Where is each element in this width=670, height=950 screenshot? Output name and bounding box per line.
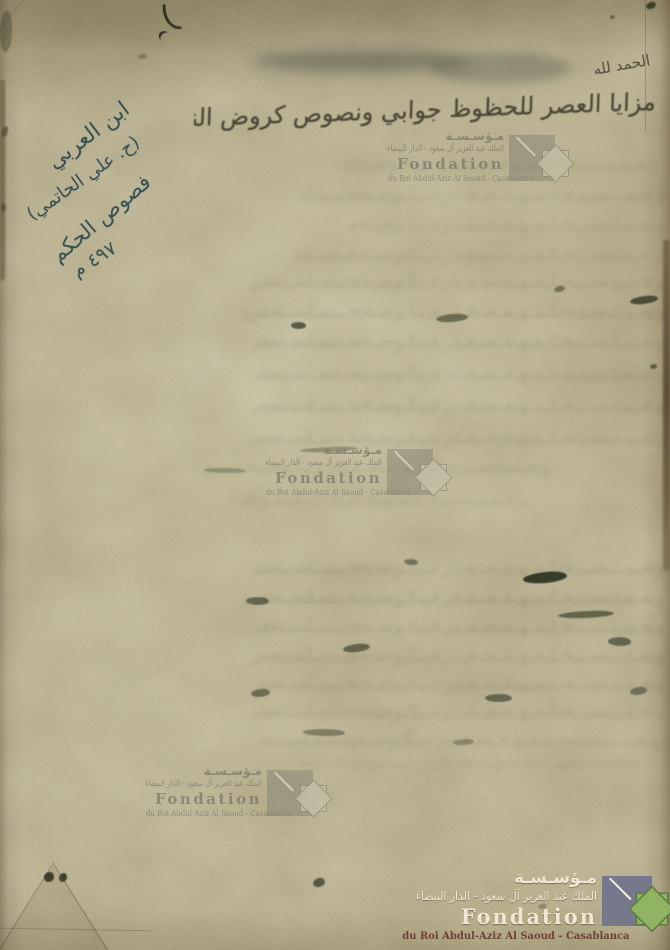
watermark-org-french-full: du Roi Abdul-Aziz Al Saoud - Casablanca <box>266 488 382 497</box>
watermark-org-arabic-full: الملك عبد العزيز آل سعود - الدار البيضاء <box>413 889 598 903</box>
foundation-watermark: مـؤسـسـة الملك عبد العزيز آل سعود - الدا… <box>250 443 433 497</box>
foundation-logo-icon <box>509 135 555 181</box>
watermark-org-french-full: du Roi Abdul-Aziz Al Saoud - Casablanca <box>402 930 597 942</box>
watermark-org-arabic: مـؤسـسـة <box>130 764 262 778</box>
watermark-text: مـؤسـسـة الملك عبد العزيز آل سعود - الدا… <box>372 129 504 183</box>
foundation-watermark: مـؤسـسـة الملك عبد العزيز آل سعود - الدا… <box>130 764 313 818</box>
foundation-stamp-color: مـؤسـسـة الملك عبد العزيز آل سعود - الدا… <box>392 868 652 942</box>
watermark-text: مـؤسـسـة الملك عبد العزيز آل سعود - الدا… <box>250 443 382 497</box>
foundation-logo-icon <box>387 449 433 495</box>
watermark-org-arabic: مـؤسـسـة <box>372 129 504 143</box>
watermark-org-arabic-full: الملك عبد العزيز آل سعود - الدار البيضاء <box>154 779 262 789</box>
watermark-org-french: Fondation <box>250 469 382 487</box>
watermark-org-arabic: مـؤسـسـة <box>250 443 382 457</box>
watermark-org-french: Fondation <box>392 904 597 929</box>
watermark-text: مـؤسـسـة الملك عبد العزيز آل سعود - الدا… <box>392 868 597 942</box>
watermark-org-arabic-full: الملك عبد العزيز آل سعود - الدار البيضاء <box>396 144 504 154</box>
watermark-layer: مـؤسـسـة الملك عبد العزيز آل سعود - الدا… <box>0 0 670 950</box>
watermark-org-french-full: du Roi Abdul-Aziz Al Saoud - Casablanca <box>146 809 262 818</box>
watermark-org-arabic-full: الملك عبد العزيز آل سعود - الدار البيضاء <box>274 458 382 468</box>
watermark-org-french-full: du Roi Abdul-Aziz Al Saoud - Casablanca <box>388 174 504 183</box>
watermark-org-arabic: مـؤسـسـة <box>392 868 597 888</box>
watermark-text: مـؤسـسـة الملك عبد العزيز آل سعود - الدا… <box>130 764 262 818</box>
foundation-watermark: مـؤسـسـة الملك عبد العزيز آل سعود - الدا… <box>372 129 555 183</box>
foundation-logo-icon <box>267 770 313 816</box>
foundation-logo-icon <box>602 876 652 926</box>
watermark-org-french: Fondation <box>372 155 504 173</box>
watermark-org-french: Fondation <box>130 790 262 808</box>
manuscript-page: ونعـمـتـسـبـحـلـمـهـفـصـقـدرعـيكـوضـحجـب… <box>0 0 670 950</box>
